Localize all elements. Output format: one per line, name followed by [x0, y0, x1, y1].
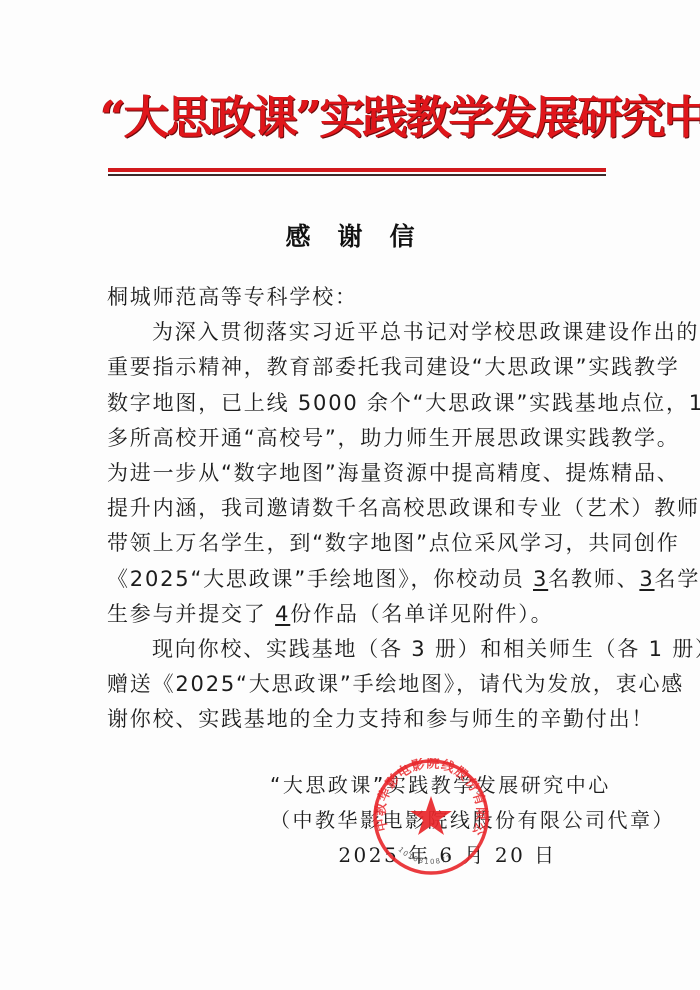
signature-org: “大思政课”实践教学发展研究中心: [270, 768, 610, 803]
paragraph-1-line-4: 多所高校开通“高校号”，助力师生开展思政课实践教学。: [107, 421, 599, 456]
letter-body: 桐城师范高等专科学校： 为深入贯彻落实习近平总书记对学校思政课建设作出的 重要指…: [107, 280, 599, 737]
paragraph-2-line-3: 谢你校、实践基地的全力支持和参与师生的辛勤付出！: [107, 702, 599, 737]
salutation: 桐城师范高等专科学校：: [107, 280, 599, 315]
line9-suffix: 份作品（名单详见附件）。: [290, 602, 553, 626]
paragraph-1-line-2: 重要指示精神，教育部委托我司建设“大思政课”实践教学: [107, 350, 599, 385]
org-header-title: “大思政课”实践教学发展研究中心: [100, 88, 620, 148]
line8-prefix: 《2025“大思政课”手绘地图》，你校动员: [107, 567, 525, 591]
paragraph-1-line-9: 生参与并提交了 4份作品（名单详见附件）。: [107, 597, 599, 632]
letter-title: 感谢信: [0, 217, 700, 253]
line8-suffix: 名学: [655, 567, 700, 591]
signature-agent: （中教华影电影院线股份有限公司代章）: [270, 803, 610, 838]
paragraph-1-line-3: 数字地图，已上线 5000 余个“大思政课”实践基地点位，1500: [107, 386, 599, 421]
teachers-count: 3: [533, 567, 548, 591]
paragraph-2-line-1: 现向你校、实践基地（各 3 册）和相关师生（各 1 册）: [107, 632, 599, 667]
paragraph-2-line-2: 赠送《2025“大思政课”手绘地图》，请代为发放，衷心感: [107, 667, 599, 702]
line8-mid: 名教师、: [548, 567, 639, 591]
line9-prefix: 生参与并提交了: [107, 602, 267, 626]
paragraph-1-line-5: 为进一步从“数字地图”海量资源中提高精度、提炼精品、: [107, 456, 599, 491]
paragraph-1-line-8: 《2025“大思政课”手绘地图》，你校动员 3名教师、3名学: [107, 562, 599, 597]
students-count: 3: [639, 567, 654, 591]
works-count: 4: [275, 602, 290, 626]
signature-block: “大思政课”实践教学发展研究中心 （中教华影电影院线股份有限公司代章） 2025…: [270, 768, 610, 873]
header-rule-red: [108, 168, 606, 172]
header-rule-dark: [108, 174, 606, 176]
signature-date: 2025 年 6 月 20 日: [270, 838, 610, 873]
paragraph-1-line-1: 为深入贯彻落实习近平总书记对学校思政课建设作出的: [107, 315, 599, 350]
paragraph-1-line-6: 提升内涵，我司邀请数千名高校思政课和专业（艺术）教师: [107, 491, 599, 526]
paragraph-1-line-7: 带领上万名学生，到“数字地图”点位采风学习，共同创作: [107, 526, 599, 561]
